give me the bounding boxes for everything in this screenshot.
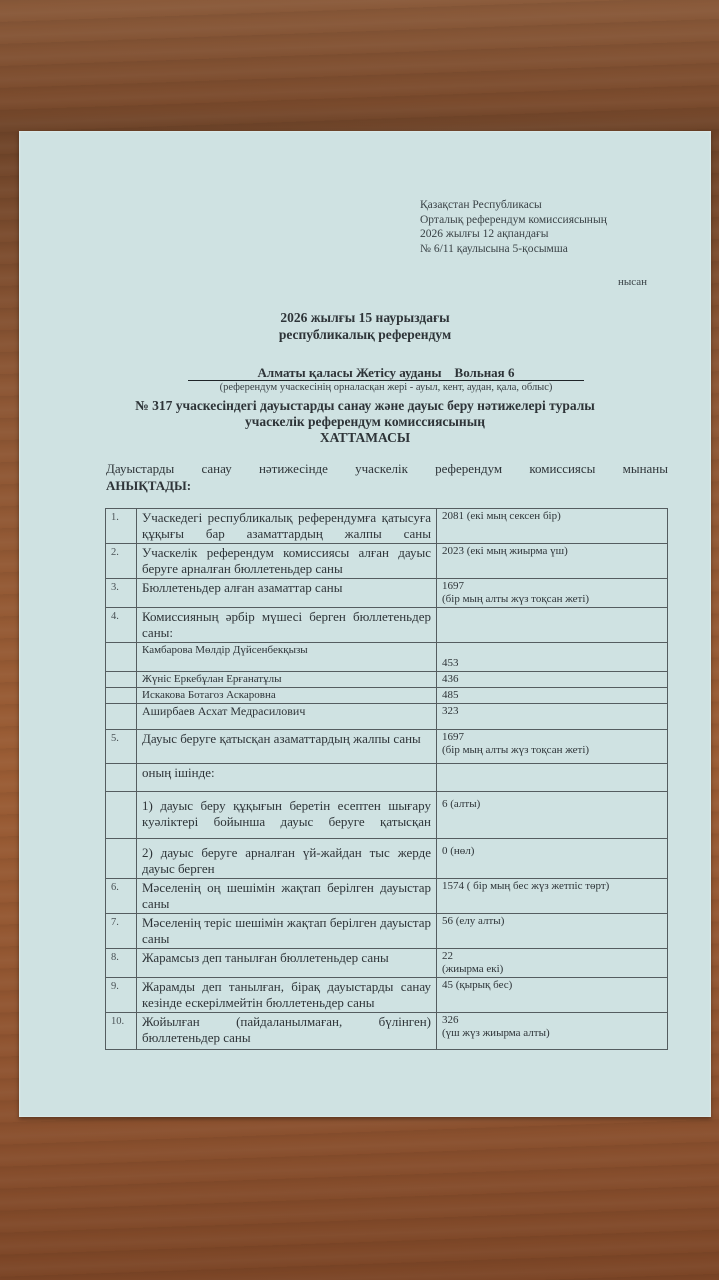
row-value xyxy=(437,764,668,792)
annex-line: Қазақстан Республикасы xyxy=(420,198,607,213)
row-number xyxy=(106,704,137,730)
table-row: 4. Комиссияның әрбір мүшесі берген бюлле… xyxy=(106,608,668,643)
row-label: 1) дауыс беру құқығын беретін есептен шы… xyxy=(137,792,437,839)
member-row: Камбарова Мөлдір Дүйсенбекқызы 453 xyxy=(106,643,668,672)
row-number: 2. xyxy=(106,544,137,579)
protocol-title: № 317 учаскесіндегі дауыстарды санау жән… xyxy=(19,398,711,446)
member-value: 485 xyxy=(437,688,668,704)
table-row: 2. Учаскелік референдум комиссиясы алған… xyxy=(106,544,668,579)
row-number: 10. xyxy=(106,1013,137,1050)
annex-line: Орталық референдум комиссиясының xyxy=(420,213,607,228)
member-name: Жүніс Еркебұлан Ерғанатұлы xyxy=(137,672,437,688)
member-value: 436 xyxy=(437,672,668,688)
row-value-text: 1697 xyxy=(442,580,662,593)
row-value: 326 (үш жүз жиырма алты) xyxy=(437,1013,668,1050)
row-value-text: 2081 (екі мың сексен бір) xyxy=(442,510,662,523)
form-label: нысан xyxy=(618,276,647,288)
member-row: Жүніс Еркебұлан Ерғанатұлы 436 xyxy=(106,672,668,688)
member-value: 323 xyxy=(437,704,668,730)
precinct-location: Алматы қаласы Жетісу ауданы Вольная 6 xyxy=(188,365,584,381)
row-label: Бюллетеньдер алған азаматтар саны xyxy=(137,579,437,608)
referendum-type: республикалық референдум xyxy=(19,326,711,343)
table-row: 1. Учаскедегі республикалық референдумға… xyxy=(106,509,668,544)
row-label: Жарамды деп танылған, бірақ дауыстарды с… xyxy=(137,978,437,1013)
row-number xyxy=(106,839,137,879)
row-value: 22 (жиырма екі) xyxy=(437,949,668,978)
row-number: 4. xyxy=(106,608,137,643)
table-row: 8. Жарамсыз деп танылған бюллетеньдер са… xyxy=(106,949,668,978)
row-number: 1. xyxy=(106,509,137,544)
row-value: 1697 (бір мың алты жүз тоқсан жеті) xyxy=(437,730,668,764)
row-label: Жарамсыз деп танылған бюллетеньдер саны xyxy=(137,949,437,978)
member-name: Камбарова Мөлдір Дүйсенбекқызы xyxy=(137,643,437,672)
row-value: 6 (алты) xyxy=(437,792,668,839)
annex-reference: Қазақстан Республикасы Орталық референду… xyxy=(420,198,607,256)
row-label: 2) дауыс беруге арналған үй-жайдан тыс ж… xyxy=(137,839,437,879)
row-value-words: (бір мың алты жүз тоқсан жеті) xyxy=(442,744,662,757)
row-label: Жойылған (пайдаланылмаған, бүлінген) бюл… xyxy=(137,1013,437,1050)
annex-line: № 6/11 қаулысына 5-қосымша xyxy=(420,242,607,257)
row-label: Мәселенің оң шешімін жақтап берілген дау… xyxy=(137,879,437,914)
protocol-title-line3: ХАТТАМАСЫ xyxy=(19,430,711,446)
table-row: 10. Жойылған (пайдаланылмаған, бүлінген)… xyxy=(106,1013,668,1050)
row-value-text: 326 xyxy=(442,1014,662,1027)
row-value-words: (үш жүз жиырма алты) xyxy=(442,1027,662,1040)
row-number xyxy=(106,643,137,672)
row-label: Дауыс беруге қатысқан азаматтардың жалпы… xyxy=(137,730,437,764)
table-row: 5. Дауыс беруге қатысқан азаматтардың жа… xyxy=(106,730,668,764)
precinct-location-text: Алматы қаласы Жетісу ауданы Вольная 6 xyxy=(258,365,515,380)
row-value: 0 (нөл) xyxy=(437,839,668,879)
row-number xyxy=(106,792,137,839)
row-value-words: (бір мың алты жүз тоқсан жеті) xyxy=(442,593,662,606)
row-number: 5. xyxy=(106,730,137,764)
precinct-location-hint: (референдум учаскесінің орналасқан жері … xyxy=(188,382,584,393)
table-row: 7. Мәселенің теріс шешімін жақтап берілг… xyxy=(106,914,668,949)
member-row: Искакова Ботагоз Аскаровна 485 xyxy=(106,688,668,704)
member-name: Аширбаев Асхат Медрасилович xyxy=(137,704,437,730)
annex-line: 2026 жылғы 12 ақпандағы xyxy=(420,227,607,242)
row-label: Учаскелік референдум комиссиясы алған да… xyxy=(137,544,437,579)
table-row: оның ішінде: xyxy=(106,764,668,792)
table-row: 9. Жарамды деп танылған, бірақ дауыстард… xyxy=(106,978,668,1013)
member-value: 453 xyxy=(437,643,668,672)
member-name: Искакова Ботагоз Аскаровна xyxy=(137,688,437,704)
row-number xyxy=(106,672,137,688)
row-label: Комиссияның әрбір мүшесі берген бюллетен… xyxy=(137,608,437,643)
row-number xyxy=(106,688,137,704)
row-value: 45 (қырық бес) xyxy=(437,978,668,1013)
table-row: 3. Бюллетеньдер алған азаматтар саны 169… xyxy=(106,579,668,608)
protocol-title-line1: № 317 учаскесіндегі дауыстарды санау жән… xyxy=(19,398,711,414)
row-value xyxy=(437,608,668,643)
row-label: Учаскедегі республикалық референдумға қа… xyxy=(137,509,437,544)
row-value: 2081 (екі мың сексен бір) xyxy=(437,509,668,544)
results-table: 1. Учаскедегі республикалық референдумға… xyxy=(105,508,668,1050)
row-number: 8. xyxy=(106,949,137,978)
referendum-date: 2026 жылғы 15 наурыздағы xyxy=(19,309,711,326)
row-value: 56 (елу алты) xyxy=(437,914,668,949)
row-number xyxy=(106,764,137,792)
row-value-text: 1697 xyxy=(442,731,662,744)
table-row: 1) дауыс беру құқығын беретін есептен шы… xyxy=(106,792,668,839)
intro-text: Дауыстарды санау нәтижесінде учаскелік р… xyxy=(106,460,668,478)
member-row: Аширбаев Асхат Медрасилович 323 xyxy=(106,704,668,730)
row-value: 2023 (екі мың жиырма үш) xyxy=(437,544,668,579)
row-value-words: (жиырма екі) xyxy=(442,963,662,976)
referendum-heading: 2026 жылғы 15 наурыздағы республикалық р… xyxy=(19,309,711,343)
row-number: 3. xyxy=(106,579,137,608)
table-row: 2) дауыс беруге арналған үй-жайдан тыс ж… xyxy=(106,839,668,879)
table-row: 6. Мәселенің оң шешімін жақтап берілген … xyxy=(106,879,668,914)
row-value: 1574 ( бір мың бес жүз жетпіс төрт) xyxy=(437,879,668,914)
row-label: Мәселенің теріс шешімін жақтап берілген … xyxy=(137,914,437,949)
row-value: 1697 (бір мың алты жүз тоқсан жеті) xyxy=(437,579,668,608)
intro-established: АНЫҚТАДЫ: xyxy=(106,478,191,494)
row-value-text: 22 xyxy=(442,950,662,963)
protocol-title-line2: учаскелік референдум комиссиясының xyxy=(19,414,711,430)
row-sub-heading: оның ішінде: xyxy=(137,764,437,792)
row-value-text: 2023 (екі мың жиырма үш) xyxy=(442,545,662,558)
row-number: 6. xyxy=(106,879,137,914)
row-number: 9. xyxy=(106,978,137,1013)
row-number: 7. xyxy=(106,914,137,949)
